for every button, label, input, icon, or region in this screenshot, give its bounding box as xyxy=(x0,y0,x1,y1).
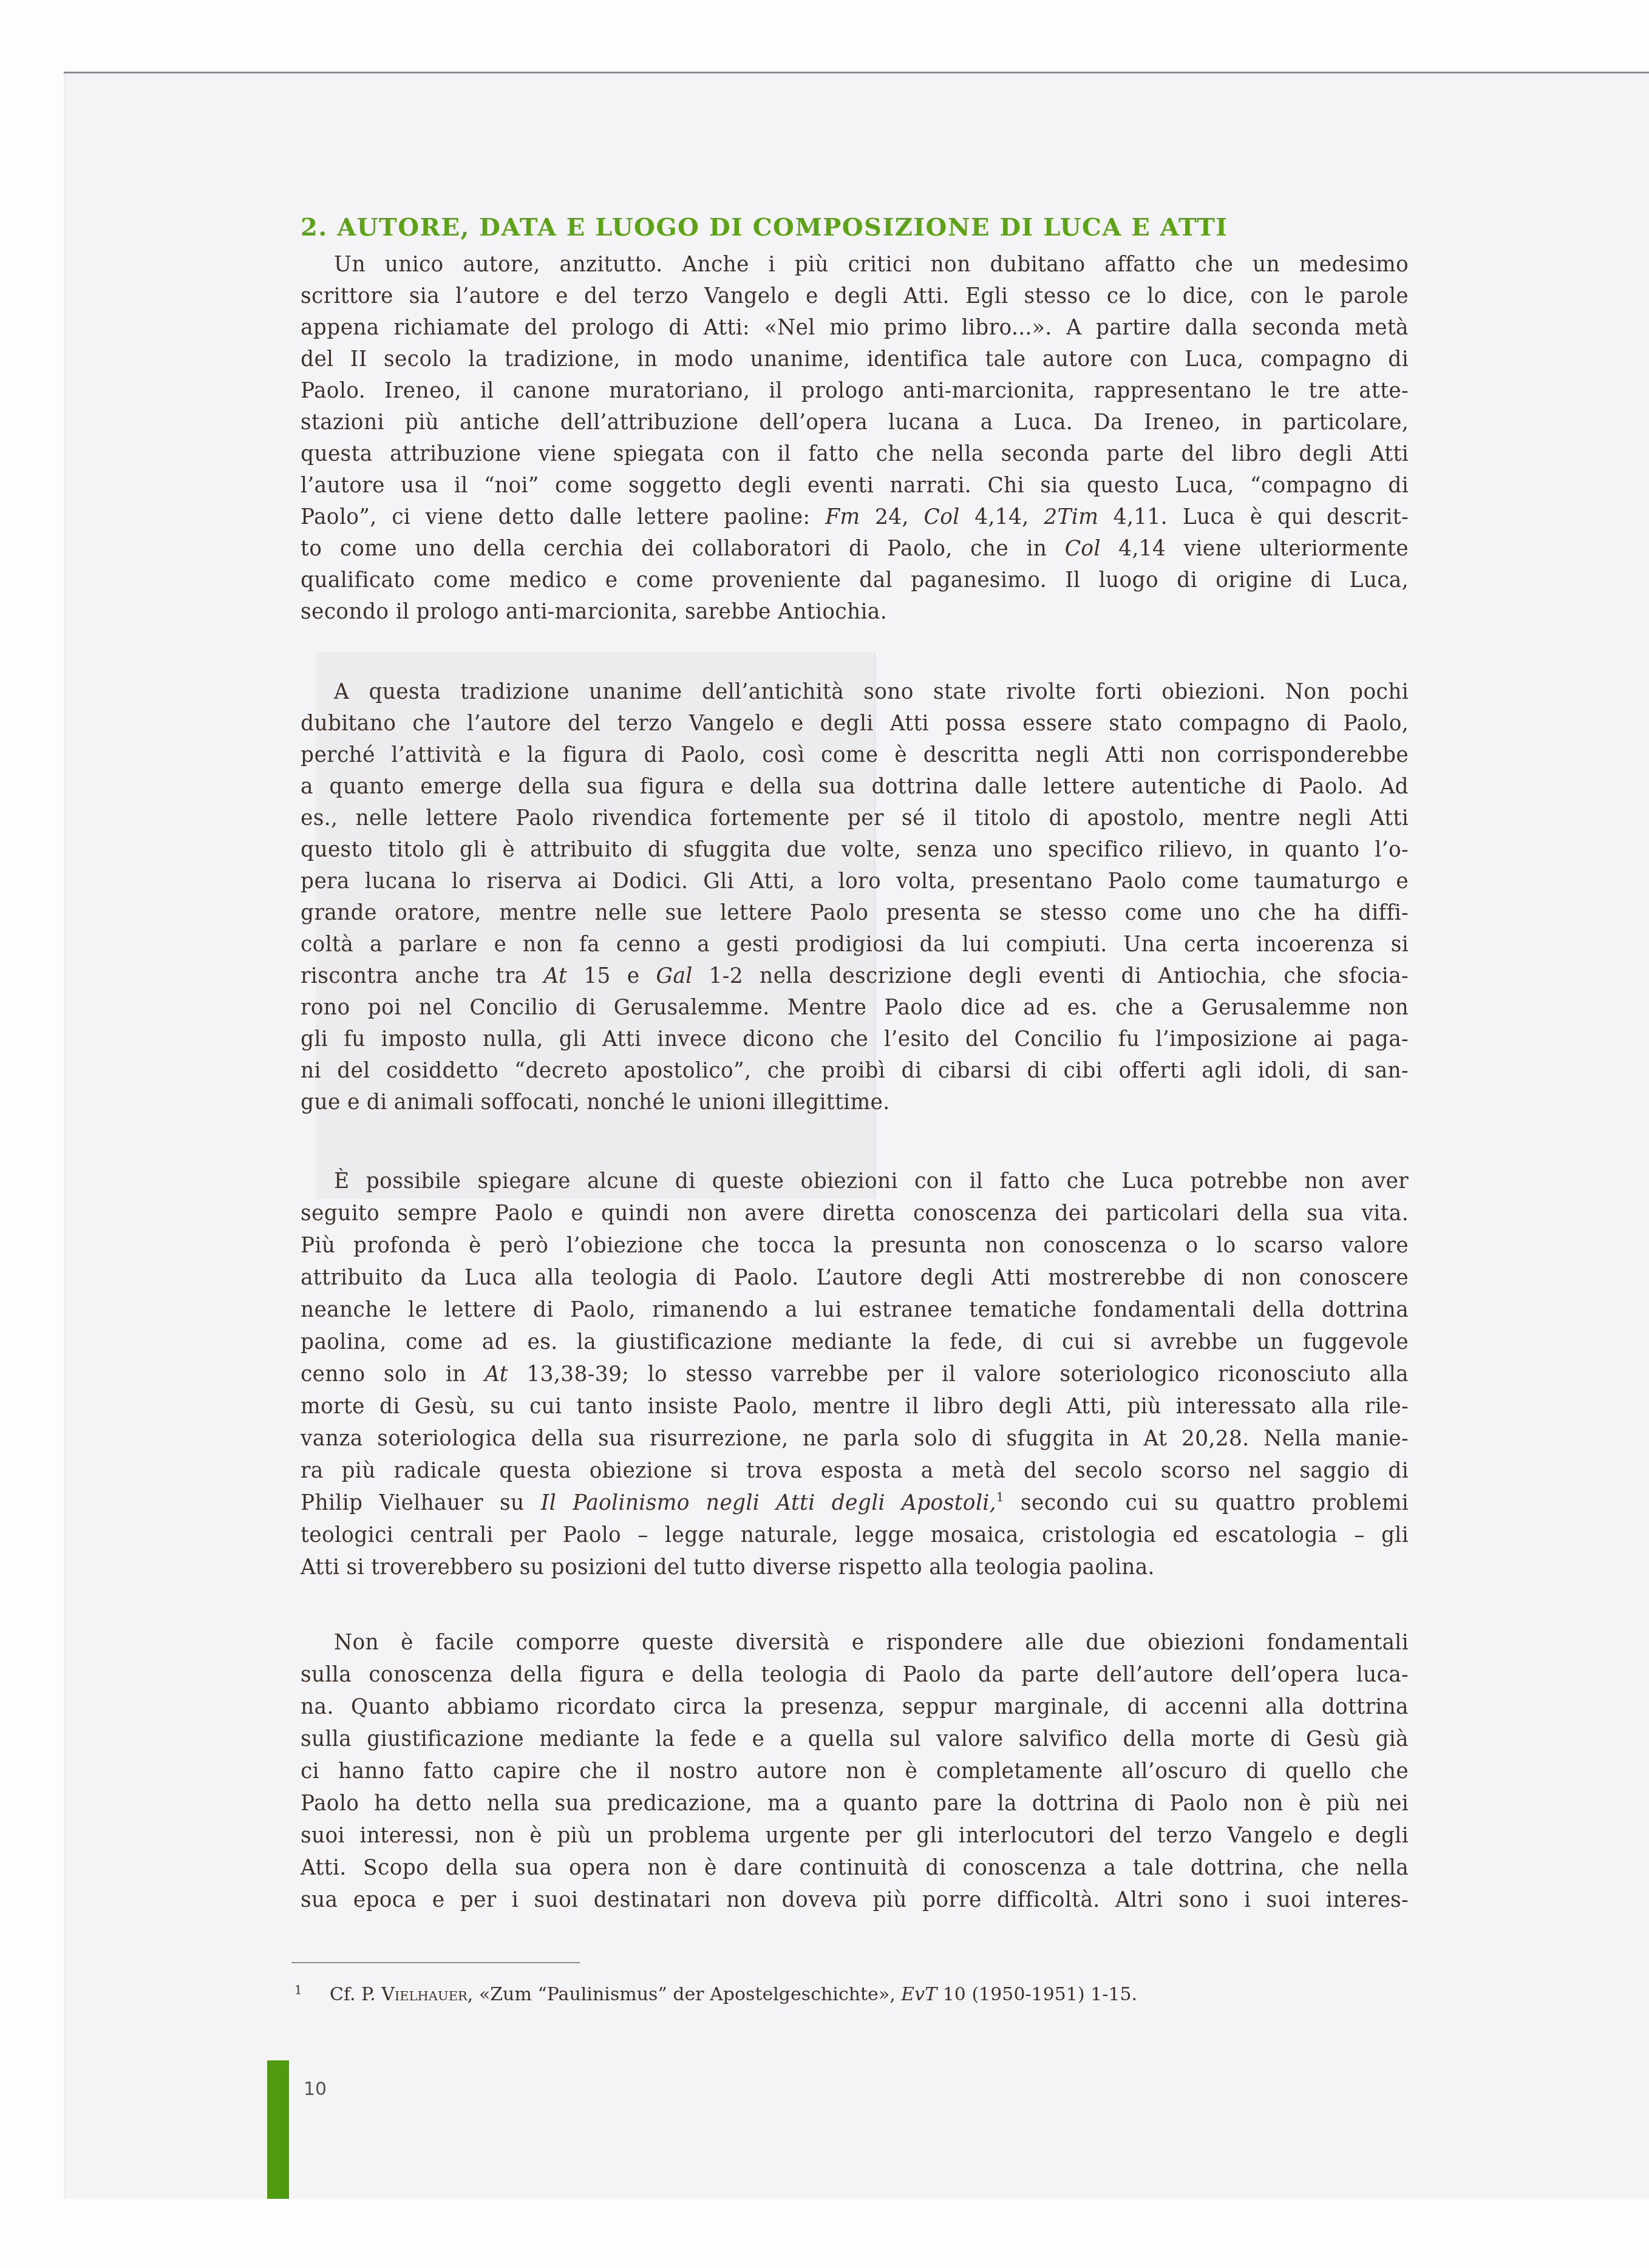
text-line: gue e di animali soffocati, nonché le un… xyxy=(301,1087,1409,1118)
text-line: Paolo ha detto nella sua predicazione, m… xyxy=(301,1788,1409,1819)
text-line: Paolo”, ci viene detto dalle lettere pao… xyxy=(301,501,1409,533)
text-line: Atti si troverebbero su posizioni del tu… xyxy=(301,1552,1409,1583)
text-line: stazioni più antiche dell’attribuzione d… xyxy=(301,407,1409,438)
text-line: na. Quanto abbiamo ricordato circa la pr… xyxy=(301,1691,1409,1723)
text-line: perché l’attività e la figura di Paolo, … xyxy=(301,739,1409,771)
text-line: Atti. Scopo della sua opera non è dare c… xyxy=(301,1852,1409,1884)
text-line: rono poi nel Concilio di Gerusalemme. Me… xyxy=(301,992,1409,1024)
text-line: to come uno della cerchia dei collaborat… xyxy=(301,533,1409,565)
text-line: attribuito da Luca alla teologia di Paol… xyxy=(301,1262,1409,1294)
text-line: a quanto emerge della sua figura e della… xyxy=(301,771,1409,803)
text-line: sulla giustificazione mediante la fede e… xyxy=(301,1723,1409,1755)
text-line: ci hanno fatto capire che il nostro auto… xyxy=(301,1756,1409,1787)
text-line: teologici centrali per Paolo – legge nat… xyxy=(301,1519,1409,1551)
text-line: Un unico autore, anzitutto. Anche i più … xyxy=(301,249,1409,280)
page-marker-bar xyxy=(267,2060,289,2199)
text-line: del II secolo la tradizione, in modo una… xyxy=(301,344,1409,375)
text-line: qualificato come medico e come provenien… xyxy=(301,565,1409,596)
section-heading: 2. AUTORE, DATA E LUOGO DI COMPOSIZIONE … xyxy=(301,213,1406,242)
text-line: ra più radicale questa obiezione si trov… xyxy=(301,1455,1409,1487)
footnote-ref[interactable]: 1 xyxy=(996,1490,1004,1504)
text-line: paolina, come ad es. la giustificazione … xyxy=(301,1326,1409,1358)
text-line: es., nelle lettere Paolo rivendica forte… xyxy=(301,803,1409,834)
footnote-divider xyxy=(291,1962,580,1963)
text-line: appena richiamate del prologo di Atti: «… xyxy=(301,312,1409,344)
text-line: sulla conoscenza della figura e della te… xyxy=(301,1659,1409,1691)
scan-margin xyxy=(0,2199,1649,2268)
text-line: morte di Gesù, su cui tanto insiste Paol… xyxy=(301,1391,1409,1422)
text-line: questo titolo gli è attribuito di sfuggi… xyxy=(301,834,1409,866)
text-line: secondo il prologo anti-marcionita, sare… xyxy=(301,596,1409,628)
page-number: 10 xyxy=(304,2079,327,2100)
text-line: Philip Vielhauer su Il Paolinismo negli … xyxy=(301,1487,1409,1519)
text-line: A questa tradizione unanime dell’antichi… xyxy=(301,676,1409,708)
text-line: suoi interessi, non è più un problema ur… xyxy=(301,1820,1409,1852)
text-line: Più profonda è però l’obiezione che tocc… xyxy=(301,1230,1409,1261)
text-line: neanche le lettere di Paolo, rimanendo a… xyxy=(301,1294,1409,1326)
text-line: dubitano che l’autore del terzo Vangelo … xyxy=(301,708,1409,739)
text-line: È possibile spiegare alcune di queste ob… xyxy=(301,1166,1409,1197)
text-line: pera lucana lo riserva ai Dodici. Gli At… xyxy=(301,866,1409,897)
text-line: vanza soteriologica della sua risurrezio… xyxy=(301,1423,1409,1455)
text-line: seguito sempre Paolo e quindi non avere … xyxy=(301,1198,1409,1229)
text-line: gli fu imposto nulla, gli Atti invece di… xyxy=(301,1024,1409,1055)
text-line: coltà a parlare e non fa cenno a gesti p… xyxy=(301,929,1409,960)
text-line: l’autore usa il “noi” come soggetto degl… xyxy=(301,470,1409,501)
text-line: cenno solo in At 13,38-39; lo stesso var… xyxy=(301,1359,1409,1390)
text-line: Paolo. Ireneo, il canone muratoriano, il… xyxy=(301,375,1409,407)
footnote-number: 1 xyxy=(294,1977,330,2003)
text-line: sua epoca e per i suoi destinatari non d… xyxy=(301,1884,1409,1916)
text-line: ni del cosiddetto “decreto apostolico”, … xyxy=(301,1055,1409,1087)
text-line: grande oratore, mentre nelle sue lettere… xyxy=(301,897,1409,929)
footnote: 1Cf. P. Vielhauer, «Zum “Paulinismus” de… xyxy=(294,1977,1327,2008)
text-line: questa attribuzione viene spiegata con i… xyxy=(301,438,1409,470)
text-line: riscontra anche tra At 15 e Gal 1-2 nell… xyxy=(301,960,1409,992)
text-line: scrittore sia l’autore e del terzo Vange… xyxy=(301,280,1409,312)
text-line: Non è facile comporre queste diversità e… xyxy=(301,1627,1409,1659)
